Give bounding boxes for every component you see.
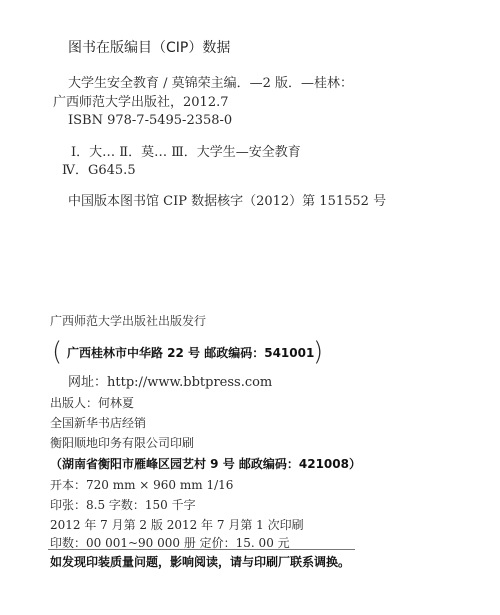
quality-notice: 如发现印装质量问题，影响阅读，请与印刷厂联系调换。: [50, 554, 350, 570]
publisher-address: 广西桂林市中华路 22 号 邮政编码：541001: [67, 345, 314, 361]
cip-heading: 图书在版编目（CIP）数据: [68, 40, 230, 56]
cip-entry-line1: 大学生安全教育 / 莫锦荣主编．—2 版．—桂林：: [68, 76, 353, 92]
address-paren-close: ): [313, 337, 323, 367]
publisher-website: 网址：http://www.bbtpress.com: [68, 375, 272, 391]
sheets-and-word-count: 印张：8.5 字数：150 千字: [50, 497, 196, 513]
divider-rule: [48, 549, 355, 550]
cip-verification-number: 中国版本图书馆 CIP 数据核字（2012）第 151552 号: [68, 194, 386, 210]
edition-and-printing: 2012 年 7 月第 2 版 2012 年 7 月第 1 次印刷: [50, 517, 304, 533]
cip-subjects-line2: Ⅳ．G645.5: [62, 163, 136, 179]
book-format: 开本：720 mm × 960 mm 1/16: [50, 477, 233, 493]
cip-entry-line2: 广西师范大学出版社，2012.7: [53, 95, 229, 111]
publisher-person: 出版人：何林夏: [50, 395, 134, 411]
cip-subjects-line1: Ⅰ．大… Ⅱ．莫… Ⅲ．大学生—安全教育: [71, 145, 301, 161]
distributor: 全国新华书店经销: [50, 415, 146, 431]
printer: 衡阳顺地印务有限公司印刷: [50, 435, 194, 451]
address-paren-open: (: [52, 337, 62, 367]
printer-address: （湖南省衡阳市雁峰区园艺村 9 号 邮政编码：421008）: [50, 456, 361, 472]
cip-isbn: ISBN 978-7-5495-2358-0: [68, 113, 232, 129]
publisher-line: 广西师范大学出版社出版发行: [50, 313, 206, 329]
